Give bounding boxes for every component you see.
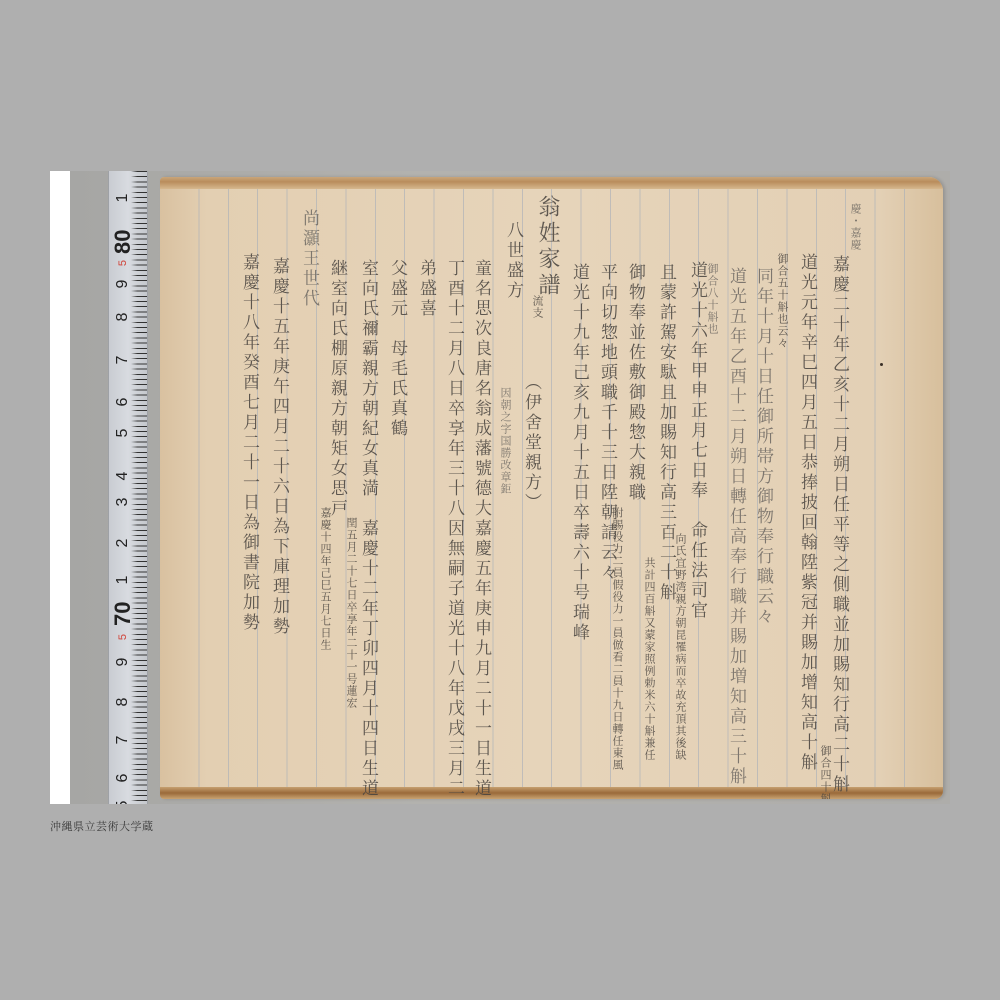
text-column: 道光十九年己亥九月十五日卒壽六十号瑞峰: [570, 263, 587, 643]
text-column: 向氏宜野湾親方朝昆罹病而卒故充頂其後缺: [675, 533, 686, 761]
ruler-label: 8: [114, 692, 132, 712]
text-column: 嘉慶二十年乙亥十二月朔日任平等之側職並加賜知行高二十斛: [830, 255, 847, 795]
text-column: 嘉慶十八年癸酉七月二十一日為御書院加勢: [240, 253, 257, 633]
ruler-label: 7: [114, 350, 132, 370]
paper-spot: [880, 363, 883, 366]
ruler-label: 6: [114, 392, 132, 412]
text-column: 閏五月二十七日卒享年二十一号蓮宏: [346, 517, 357, 709]
text-column: 御物奉並佐敷御殿惣大親職: [626, 263, 643, 503]
ruler-label: 6: [114, 768, 132, 788]
text-column: 道光五年乙酉十二月朔日轉任高奉行職并賜加増知高三十斛: [727, 267, 744, 787]
manuscript-title: 翁姓家譜: [536, 195, 558, 299]
ruler-label: 5: [114, 795, 132, 804]
text-column: 童名思次良唐名翁成藩號德大嘉慶五年庚申九月二十一日生道光十七年: [472, 259, 489, 799]
text-column: 共計四百斛又蒙家照例勅米六十斛兼任: [644, 557, 655, 761]
ruler-label: 80: [110, 234, 136, 254]
text-column: 御合八十斛也: [707, 263, 718, 335]
text-column: 八世盛方: [504, 221, 521, 301]
ruler-label: 5: [117, 627, 129, 647]
text-column: 弟盛喜: [417, 259, 434, 319]
white-margin: [50, 171, 70, 804]
ruler-label: 3: [114, 492, 132, 512]
ruler-label: 70: [110, 606, 136, 626]
text-column: 室向氏禰霸親方朝紀女真満 嘉慶十二年丁卯四月十四日生道光七年丁亥: [359, 259, 376, 799]
ruler-label: 1: [114, 570, 132, 590]
text-column: 且蒙許駕安駄且加賜知行高三百二十斛: [657, 263, 674, 603]
manuscript-book: 慶・嘉慶 嘉慶二十年乙亥十二月朔日任平等之側職並加賜知行高二十斛 御合四十斛也 …: [160, 177, 943, 799]
book-top-edge: [160, 177, 943, 189]
text-column: 丁酉十二月八日卒享年三十八因無嗣子道光十八年戊戌三月二十九日請 旨傳統子: [445, 259, 462, 799]
ruler-label: 5: [117, 253, 129, 273]
ruler-label: 2: [114, 533, 132, 553]
ruler-label: 8: [114, 307, 132, 327]
ruler-label: 9: [114, 274, 132, 294]
title-note: 流支: [532, 295, 543, 319]
ruler-label: 5: [114, 423, 132, 443]
ruler-label: 4: [114, 466, 132, 486]
text-column: 嘉慶十四年己巳五月七日生: [320, 507, 331, 651]
manuscript-photo: 1 80 5 9 8 7 6 5 4 3 2 1 70 5 9 8 7 6 5 …: [50, 171, 950, 804]
text-column: 平向切惣地頭職千十三日陞朝請云々: [598, 263, 615, 583]
text-column: 御合四十斛也: [820, 745, 831, 799]
text-column: 御合五十斛也云々: [777, 253, 788, 349]
collection-credit: 沖縄県立芸術大学蔵: [50, 818, 154, 834]
text-column: 道光十六年甲申正月七日奉 命任法司官: [688, 261, 705, 621]
text-column: 因朝之字国勝改章鉅: [500, 387, 511, 495]
text-column: 嘉慶十五年庚午四月二十六日為下庫理加勢: [270, 257, 287, 637]
ruler-ticks: [131, 171, 147, 804]
text-column: 同年十月十日任御所帯方御物奉行職云々: [754, 267, 771, 627]
measuring-ruler: 1 80 5 9 8 7 6 5 4 3 2 1 70 5 9 8 7 6 5: [108, 171, 148, 804]
text-column: 道光元年辛巳四月五日恭捧披回翰陞紫冠并賜加增知高十斛: [798, 253, 815, 773]
ruler-label: 7: [114, 730, 132, 750]
branch-name: （伊舍堂親方）: [522, 373, 539, 513]
ruler-label: 1: [114, 188, 132, 208]
text-column: 慶・嘉慶: [850, 203, 861, 251]
text-column: 継室向氏棚原親方朝矩女思戸: [328, 259, 345, 519]
text-column: 尚灝王世代: [300, 209, 317, 309]
ruler-label: 9: [114, 652, 132, 672]
text-column: 父盛元 母毛氏真鶴: [388, 259, 405, 439]
